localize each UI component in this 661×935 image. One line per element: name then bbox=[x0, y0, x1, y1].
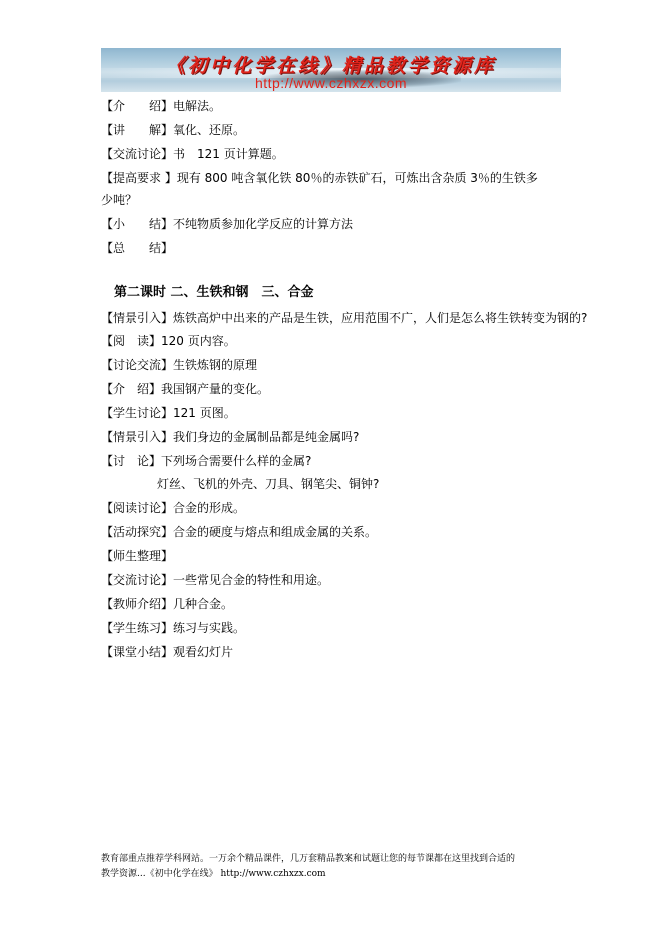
line-text: 几种合金。 bbox=[173, 597, 233, 611]
line-text: 书 121 页计算题。 bbox=[173, 147, 284, 161]
lesson-line: 【阅读讨论】合金的形成。 bbox=[101, 500, 245, 516]
page-footer: 教育部重点推荐学科网站。一万余个精品课件，几万套精品教案和试题让您的每节课都在这… bbox=[101, 852, 561, 882]
lesson-line: 【提高要求 】现有 800 吨含氧化铁 80％的赤铁矿石，可炼出含杂质 3％的生… bbox=[101, 170, 538, 186]
line-tag: 【介 绍】 bbox=[101, 99, 173, 113]
line-tag: 【交流讨论】 bbox=[101, 573, 173, 587]
lesson-line: 【小 结】不纯物质参加化学反应的计算方法 bbox=[101, 216, 353, 232]
line-tag: 【学生讨论】 bbox=[101, 406, 173, 420]
line-tag: 【课堂小结】 bbox=[101, 645, 173, 659]
lesson-line: 【学生讨论】121 页图。 bbox=[101, 405, 236, 421]
lesson-line: 【交流讨论】书 121 页计算题。 bbox=[101, 146, 284, 162]
lesson-line: 少吨？ bbox=[101, 192, 137, 208]
line-tag: 【阅读讨论】 bbox=[101, 501, 173, 515]
line-tag: 【情景引入】 bbox=[101, 430, 173, 444]
lesson-line: 【总 结】 bbox=[101, 240, 173, 256]
lesson-line: 【讲 解】氧化、还原。 bbox=[101, 122, 245, 138]
line-tag: 【提高要求 】 bbox=[101, 171, 177, 185]
lesson-line: 【讨 论】下列场合需要什么样的金属? bbox=[101, 453, 311, 469]
lesson-line: 【活动探究】合金的硬度与熔点和组成金属的关系。 bbox=[101, 524, 377, 540]
line-tag: 【情景引入】 bbox=[101, 311, 173, 325]
line-tag: 【学生练习】 bbox=[101, 621, 173, 635]
lesson-line: 【教师介绍】几种合金。 bbox=[101, 596, 233, 612]
lesson-line: 【情景引入】我们身边的金属制品都是纯金属吗? bbox=[101, 429, 359, 445]
lesson-line: 【师生整理】 bbox=[101, 548, 173, 564]
line-tag: 【讲 解】 bbox=[101, 123, 173, 137]
line-tag: 【活动探究】 bbox=[101, 525, 173, 539]
line-text: 炼铁高炉中出来的产品是生铁，应用范围不广，人们是怎么将生铁转变为钢的? bbox=[173, 311, 587, 325]
lesson-line: 灯丝、飞机的外壳、刀具、钢笔尖、铜钟? bbox=[157, 476, 379, 492]
line-text: 我国钢产量的变化。 bbox=[161, 382, 269, 396]
footer-prefix: 教学资源...《初中化学在线》 bbox=[101, 869, 218, 879]
footer-line-1: 教育部重点推荐学科网站。一万余个精品课件，几万套精品教案和试题让您的每节课都在这… bbox=[101, 852, 561, 867]
lesson-line: 【介 绍】电解法。 bbox=[101, 98, 221, 114]
line-text: 我们身边的金属制品都是纯金属吗? bbox=[173, 430, 359, 444]
lesson-line: 【交流讨论】一些常见合金的特性和用途。 bbox=[101, 572, 329, 588]
section-heading: 第二课时 二、生铁和钢 三、合金 bbox=[114, 285, 314, 301]
line-tag: 【讨论交流】 bbox=[101, 358, 173, 372]
line-text: 一些常见合金的特性和用途。 bbox=[173, 573, 329, 587]
line-text: 合金的形成。 bbox=[173, 501, 245, 515]
line-tag: 【师生整理】 bbox=[101, 549, 173, 563]
lesson-line: 【讨论交流】生铁炼钢的原理 bbox=[101, 357, 257, 373]
line-tag: 【总 结】 bbox=[101, 241, 173, 255]
line-tag: 【讨 论】 bbox=[101, 454, 161, 468]
banner-title: 《初中化学在线》精品教学资源库 bbox=[101, 51, 561, 78]
lesson-line: 【学生练习】练习与实践。 bbox=[101, 620, 245, 636]
footer-line-2: 教学资源...《初中化学在线》 http://www.czhxzx.com bbox=[101, 867, 561, 882]
line-text: 不纯物质参加化学反应的计算方法 bbox=[173, 217, 353, 231]
line-text: 电解法。 bbox=[173, 99, 221, 113]
line-text: 氧化、还原。 bbox=[173, 123, 245, 137]
line-text: 合金的硬度与熔点和组成金属的关系。 bbox=[173, 525, 377, 539]
line-tag: 【阅 读】 bbox=[101, 334, 161, 348]
line-text: 少吨？ bbox=[101, 193, 137, 207]
lesson-line: 【情景引入】炼铁高炉中出来的产品是生铁，应用范围不广，人们是怎么将生铁转变为钢的… bbox=[101, 310, 587, 326]
line-text: 练习与实践。 bbox=[173, 621, 245, 635]
footer-url-link[interactable]: http://www.czhxzx.com bbox=[220, 869, 325, 879]
lesson-line: 【介 绍】我国钢产量的变化。 bbox=[101, 381, 269, 397]
line-text: 120 页内容。 bbox=[161, 334, 236, 348]
line-text: 下列场合需要什么样的金属? bbox=[161, 454, 311, 468]
line-text: 现有 800 吨含氧化铁 80％的赤铁矿石，可炼出含杂质 3％的生铁多 bbox=[177, 171, 538, 185]
lesson-line: 【课堂小结】观看幻灯片 bbox=[101, 644, 233, 660]
lesson-line: 【阅 读】120 页内容。 bbox=[101, 333, 236, 349]
line-tag: 【小 结】 bbox=[101, 217, 173, 231]
line-text: 生铁炼钢的原理 bbox=[173, 358, 257, 372]
line-text: 观看幻灯片 bbox=[173, 645, 233, 659]
banner-url[interactable]: http://www.czhxzx.com bbox=[101, 75, 561, 91]
header-banner: 《初中化学在线》精品教学资源库 http://www.czhxzx.com bbox=[101, 48, 561, 92]
line-tag: 【介 绍】 bbox=[101, 382, 161, 396]
line-text: 121 页图。 bbox=[173, 406, 236, 420]
line-tag: 【交流讨论】 bbox=[101, 147, 173, 161]
line-text: 灯丝、飞机的外壳、刀具、钢笔尖、铜钟? bbox=[157, 477, 379, 491]
line-tag: 【教师介绍】 bbox=[101, 597, 173, 611]
